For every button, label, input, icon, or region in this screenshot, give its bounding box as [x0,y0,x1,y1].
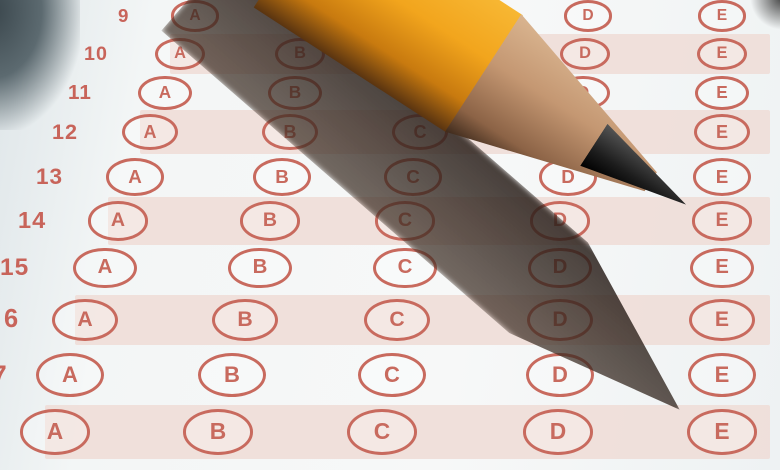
answer-bubble-e: E [688,353,756,397]
photo-scene: 9ABCDE10ABCDE11ABCDE12ABCDE13ABCDE14ABCD… [0,0,780,470]
answer-bubble-e: E [689,299,755,341]
answer-bubble-b: B [228,248,291,289]
answer-bubble-b: B [240,201,301,240]
question-number: 10 [84,43,108,66]
answer-bubble-c: C [364,299,430,341]
shadow-corner-top-right [750,0,780,30]
shadow-corner [0,0,80,130]
answer-bubble-a: A [138,76,191,110]
answer-bubble-a: A [20,409,91,455]
answer-bubble-e: E [690,248,753,289]
question-number: 9 [118,5,129,27]
question-number: 7 [0,360,8,391]
question-number: 14 [18,207,46,234]
answer-bubble-b: B [253,158,311,196]
answer-bubble-a: A [88,201,149,240]
question-number: 13 [36,164,63,190]
answer-bubble-a: A [73,248,136,289]
answer-bubble-b: B [212,299,278,341]
answer-bubble-d: D [523,409,594,455]
answer-bubble-a: A [36,353,104,397]
question-number: 6 [4,305,19,334]
answer-bubble-a: A [52,299,118,341]
question-number: 12 [52,119,78,145]
answer-bubble-c: C [347,409,418,455]
answer-bubble-a: A [106,158,164,196]
answer-bubble-a: A [122,114,178,150]
answer-bubble-e: E [687,409,758,455]
answer-bubble-e: E [695,76,748,110]
question-number: 11 [68,81,92,105]
answer-bubble-e: E [692,201,753,240]
answer-bubble-d: D [564,0,612,31]
answer-bubble-b: B [183,409,254,455]
question-number: 15 [0,254,29,282]
answer-bubble-b: B [198,353,266,397]
answer-bubble-e: E [698,0,746,31]
answer-bubble-c: C [358,353,426,397]
